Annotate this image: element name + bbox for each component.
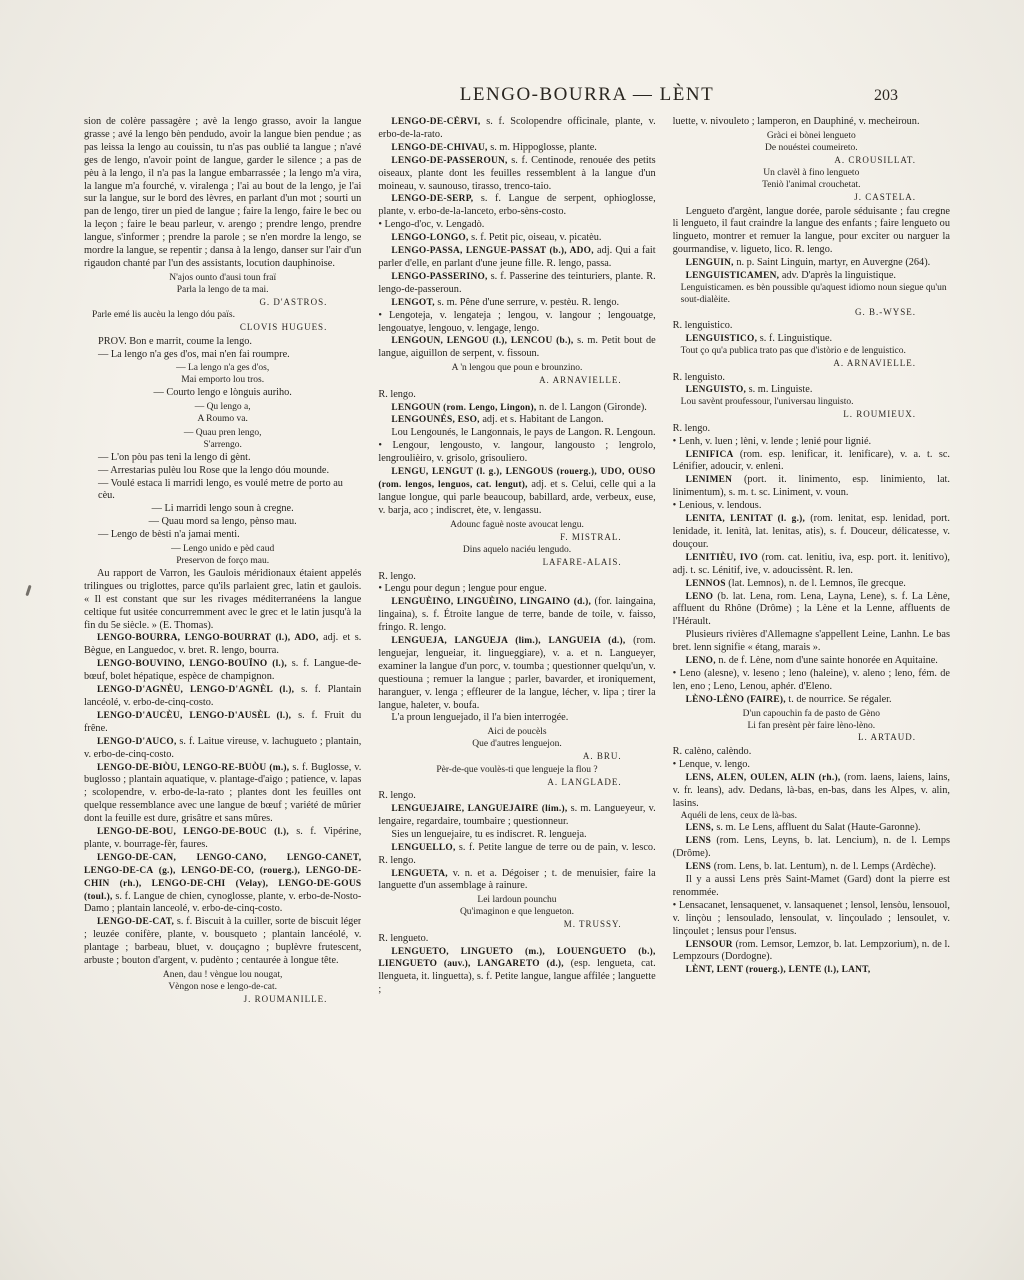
entry-headword: LENO (686, 592, 714, 602)
verse-line: Gràci ei bònei lengueto (673, 131, 950, 143)
entry-headword: LÈNT, LENT (rouerg.), LENTE (l.), LANT, (686, 965, 871, 975)
entry-body: s. f. Petit pic, oiseau, v. picatèu. (471, 232, 601, 243)
dictionary-entry: LENS (rom. Lens, Leyns, b. lat. Lencium)… (673, 835, 950, 861)
page-header: LENGO-BOURRA — LÈNT 203 (0, 0, 1024, 106)
dictionary-entry: LENGUISTICO, s. f. Linguistique. (673, 333, 950, 346)
proverb-line: — Lengo de bèsti n'a jamai menti. (84, 529, 361, 542)
dictionary-entry: LENGOUNÉS, ESO, adj. et s. Habitant de L… (378, 414, 655, 427)
verse-line: Li fan presènt pèr faire lèno-lèno. (673, 721, 950, 733)
verse-line: Que d'autres lenguejon. (378, 739, 655, 751)
entry-body: s. f. Langue de chien, cynoglosse, plant… (84, 891, 361, 915)
dictionary-entry: LENGUISTO, s. m. Linguiste. (673, 384, 950, 397)
cross-reference-note: • Lengour, lengousto, v. langour, langou… (378, 440, 655, 466)
entry-body: n. p. Saint Linguin, martyr, en Auvergne… (736, 257, 930, 268)
quote-attribution: A. CROUSILLAT. (673, 155, 950, 167)
entry-headword: LENGO-PASSERINO, (391, 272, 487, 282)
prose-quote: Lenguisticamen. es bèn poussible qu'aque… (673, 283, 950, 307)
dictionary-entry: LENGUETO, LINGUETO (m.), LOUENGUETO (b.)… (378, 946, 655, 998)
verse-line: Qu'imaginon e que lengueton. (378, 907, 655, 919)
entry-headword: LENITIÈU, IVO (686, 553, 758, 563)
entry-headword: LENGO-D'AUCO, (97, 737, 177, 747)
paragraph: R. lenguistico. (673, 320, 950, 333)
cross-reference-note: • Lensacanet, lensaquenet, v. lansaquene… (673, 900, 950, 939)
proverb-line: — Courto lengo e lònguis auriho. (84, 387, 361, 400)
entry-body: t. de nourrice. Se régaler. (788, 694, 891, 705)
paragraph: luette, v. nivouleto ; lamperon, en Daup… (673, 116, 950, 129)
quote-attribution: LAFARE-ALAIS. (378, 557, 655, 569)
paragraph: R. lengo. (378, 790, 655, 803)
page-number: 203 (874, 87, 1024, 105)
column-3: luette, v. nivouleto ; lamperon, en Daup… (673, 116, 950, 1244)
entry-body: (rom. Lens, Leyns, b. lat. Lencium), n. … (673, 835, 950, 859)
entry-headword: LENSOUR (686, 940, 733, 950)
dictionary-entry: LENGO-D'AUCÈU, LENGO-D'AUSÈL (l.), s. f.… (84, 710, 361, 736)
entry-headword: LENGUEJA, LANGUEJA (lim.), LANGUEIA (d.)… (391, 636, 625, 646)
entry-headword: LENGO-DE-SERP, (391, 194, 473, 204)
entry-body: n. de l. Langon (Gironde). (539, 402, 647, 413)
paragraph: R. lengo. (378, 389, 655, 402)
quote-attribution: A. ARNAVIELLE. (378, 375, 655, 387)
dictionary-entry: LENGO-BOURRA, LENGO-BOURRAT (l.), ADO, a… (84, 632, 361, 658)
verse-line: D'un capouchin fa de pasto de Gèno (673, 709, 950, 721)
proverb-line: — L'on pòu pas teni la lengo di gènt. (84, 452, 361, 465)
paragraph: R. lengo. (673, 423, 950, 436)
dictionary-entry: LENGUIN, n. p. Saint Linguin, martyr, en… (673, 257, 950, 270)
dictionary-entry: LENGUÈINO, LINGUÈINO, LINGAINO (d.), (fo… (378, 596, 655, 635)
paragraph: R. lengueto. (378, 933, 655, 946)
dictionary-page: LENGO-BOURRA — LÈNT 203 sion de colère p… (0, 0, 1024, 1280)
dictionary-entry: LENGUELLO, s. f. Petite langue de terre … (378, 842, 655, 868)
entry-headword: LENGOUNÉS, ESO, (391, 415, 479, 425)
cross-reference-note: • Lenious, v. lendous. (673, 500, 950, 513)
paragraph: Il y a aussi Lens près Saint-Mamet (Gard… (673, 874, 950, 900)
dictionary-entry: LENGO-DE-BIÒU, LENGO-RE-BUÒU (m.), s. f.… (84, 762, 361, 827)
verse-line: — Qu lengo a, (84, 402, 361, 414)
entry-headword: LENO, (686, 656, 716, 666)
quote-attribution: F. MISTRAL. (378, 532, 655, 544)
entry-headword: LENS, ALEN, OULEN, ALIN (rh.), (686, 773, 841, 783)
dictionary-entry: LENGO-DE-CHIVAU, s. m. Hippoglosse, plan… (378, 142, 655, 155)
quote-attribution: A. LANGLADE. (378, 777, 655, 789)
dictionary-entry: LENGOT, s. m. Pêne d'une serrure, v. pes… (378, 297, 655, 310)
entry-body: (rom. lenguejar, lengueiar, it. linguegg… (378, 635, 655, 711)
verse-line: Pèr-de-que voulès-ti que lengueje la flo… (378, 765, 655, 777)
dictionary-entry: LENGO-D'AGNÈU, LENGO-D'AGNÈL (l.), s. f.… (84, 684, 361, 710)
entry-headword: LENGO-D'AUCÈU, LENGO-D'AUSÈL (l.), (97, 711, 291, 721)
verse-quote: A 'n lengou que poun e brounzino. (378, 363, 655, 375)
quote-attribution: A. BRU. (378, 751, 655, 763)
dictionary-entry: LENGO-DE-CAT, s. f. Biscuit à la cuiller… (84, 916, 361, 968)
entry-headword: LENGO-DE-CAT, (97, 917, 174, 927)
entry-headword: LENGOT, (391, 298, 435, 308)
verse-quote: D'un capouchin fa de pasto de GènoLi fan… (673, 709, 950, 733)
cross-reference-note: • Lenque, v. lengo. (673, 759, 950, 772)
verse-line: Mai emporto lou tros. (84, 375, 361, 387)
verse-line: Parla la lengo de ta mai. (84, 285, 361, 297)
cross-reference-note: • Leno (alesne), v. leseno ; leno (halei… (673, 668, 950, 694)
dictionary-entry: LENGO-D'AUCO, s. f. Laitue vireuse, v. l… (84, 736, 361, 762)
entry-headword: LENGUETA, (391, 869, 448, 879)
paragraph: R. lenguisto. (673, 372, 950, 385)
dictionary-entry: LENGUEJAIRE, LANGUEJAIRE (lim.), s. m. L… (378, 803, 655, 829)
entry-body: s. m. Pêne d'une serrure, v. pestèu. R. … (437, 297, 619, 308)
dictionary-entry: LENGO-BOUVINO, LENGO-BOUÏNO (l.), s. f. … (84, 658, 361, 684)
verse-quote: Pèr-de-que voulès-ti que lengueje la flo… (378, 765, 655, 777)
verse-quote: Lei lardoun pounchuQu'imaginon e que len… (378, 895, 655, 919)
entry-headword: LENGOUN (rom. Lengo, Lingon), (391, 403, 536, 413)
verse-quote: — La lengo n'a ges d'os,Mai emporto lou … (84, 363, 361, 387)
proverb-line: — Quau mord sa lengo, pènso mau. (84, 516, 361, 529)
verse-line: Lei lardoun pounchu (378, 895, 655, 907)
entry-body: (lat. Lemnos), n. de l. Lemnos, île grec… (728, 578, 906, 589)
dictionary-entry: LENGO-PASSA, LENGUE-PASSAT (b.), ADO, ad… (378, 245, 655, 271)
dictionary-entry: LENGOUN (rom. Lengo, Lingon), n. de l. L… (378, 402, 655, 415)
entry-headword: LENGUELLO, (391, 843, 455, 853)
entry-body: s. m. Le Lens, affluent du Salat (Haute-… (716, 822, 920, 833)
verse-line: De nouéstei coumeireto. (673, 143, 950, 155)
dictionary-entry: LENITIÈU, IVO (rom. cat. lenitiu, iva, e… (673, 552, 950, 578)
entry-headword: LENGO-LONGO, (391, 233, 468, 243)
verse-quote: — Qu lengo a,A Roumo va. (84, 402, 361, 426)
entry-headword: LENGO-PASSA, LENGUE-PASSAT (b.), ADO, (391, 246, 593, 256)
dictionary-entry: LENGO-DE-CÈRVI, s. f. Scolopendre offici… (378, 116, 655, 142)
proverb-line: — Arrestarias pulèu lou Rose que la leng… (84, 465, 361, 478)
dictionary-entry: LENGUETA, v. n. et a. Dégoiser ; t. de m… (378, 868, 655, 894)
paragraph: sion de colère passagère ; avè la lengo … (84, 116, 361, 271)
cross-reference-note: • Lengu pour degun ; lengue pour engue. (378, 583, 655, 596)
running-title: LENGO-BOURRA — LÈNT (300, 84, 874, 106)
entry-body: s. f. Linguistique. (760, 333, 832, 344)
verse-quote: — Quau pren lengo,S'arrengo. (84, 428, 361, 452)
cross-reference-note: • Lenh, v. luen ; lèni, v. lende ; lenié… (673, 436, 950, 449)
entry-headword: LENNOS (686, 579, 726, 589)
quote-attribution: J. CASTELA. (673, 192, 950, 204)
dictionary-entry: LENS, s. m. Le Lens, affluent du Salat (… (673, 822, 950, 835)
verse-line: — Lengo unido e pèd caud (84, 544, 361, 556)
entry-headword: LENGO-DE-CHIVAU, (391, 143, 487, 153)
prose-quote: Parle emé lis aucèu la lengo dóu païs. (84, 310, 361, 322)
dictionary-entry: LENO, n. de f. Lène, nom d'une sainte ho… (673, 655, 950, 668)
cross-reference-note: • Lengo-d'oc, v. Lengadò. (378, 219, 655, 232)
quote-attribution: L. ROUMIEUX. (673, 409, 950, 421)
verse-line: A Roumo va. (84, 414, 361, 426)
dictionary-entry: LÈNT, LENT (rouerg.), LENTE (l.), LANT, (673, 964, 950, 977)
entry-headword: LENIFICA (686, 450, 734, 460)
verse-line: — La lengo n'a ges d'os, (84, 363, 361, 375)
proverb-line: — La lengo n'a ges d'os, mai n'en fai ro… (84, 349, 361, 362)
entry-body: s. m. Linguiste. (749, 384, 813, 395)
entry-headword: LENGO-DE-CÈRVI, (391, 117, 480, 127)
entry-body: s. m. Hippoglosse, plante. (490, 142, 597, 153)
proverb-line: — Voulé estaca li marridi lengo, es voul… (84, 478, 361, 504)
entry-body: adj. et s. Habitant de Langon. (482, 414, 603, 425)
paragraph: L'a proun lenguejado, il l'a bien interr… (378, 712, 655, 725)
verse-line: Dins aquelo naciéu lengudo. (378, 545, 655, 557)
entry-headword: LENITA, LENITAT (l. g.), (686, 514, 805, 524)
entry-headword: LENGO-DE-BOU, LENGO-DE-BOUC (l.), (97, 827, 289, 837)
paragraph: Plusieurs rivières d'Allemagne s'appelle… (673, 629, 950, 655)
cross-reference-note: • Lengoteja, v. lengateja ; lengou, v. l… (378, 310, 655, 336)
verse-quote: Un clavèl à fino lenguetoTeniò l'animal … (673, 168, 950, 192)
entry-body: (rom. Lens, b. lat. Lentum), n. de l. Le… (714, 861, 936, 872)
proverb-line: — Li marridi lengo soun à cregne. (84, 503, 361, 516)
verse-quote: Adounc faguè noste avoucat lengu. (378, 520, 655, 532)
verse-line: Un clavèl à fino lengueto (673, 168, 950, 180)
verse-line: — Quau pren lengo, (84, 428, 361, 440)
entry-headword: LENGUÈINO, LINGUÈINO, LINGAINO (d.), (391, 597, 591, 607)
verse-quote: N'ajos ounto d'ausi toun fraïParla la le… (84, 273, 361, 297)
verse-quote: Anen, dau ! vèngue lou nougat,Vèngon nos… (84, 970, 361, 994)
dictionary-entry: LENS, ALEN, OULEN, ALIN (rh.), (rom. lae… (673, 772, 950, 811)
verse-quote: Dins aquelo naciéu lengudo. (378, 545, 655, 557)
dictionary-entry: LENIFICA (rom. esp. lenificar, it. lenif… (673, 449, 950, 475)
prose-quote: Lou savènt proufessour, l'universau ling… (673, 397, 950, 409)
entry-headword: LENS (686, 836, 712, 846)
dictionary-entry: LENGOUN, LENGOU (l.), LENCOU (b.), s. m.… (378, 335, 655, 361)
entry-headword: LENGOUN, LENGOU (l.), LENCOU (b.), (391, 336, 573, 346)
verse-line: N'ajos ounto d'ausi toun fraï (84, 273, 361, 285)
dictionary-entry: LENGO-DE-BOU, LENGO-DE-BOUC (l.), s. f. … (84, 826, 361, 852)
paragraph: Sies un lenguejaire, tu es indiscret. R.… (378, 829, 655, 842)
verse-line: A 'n lengou que poun e brounzino. (378, 363, 655, 375)
dictionary-entry: LENNOS (lat. Lemnos), n. de l. Lemnos, î… (673, 578, 950, 591)
dictionary-entry: LENGUEJA, LANGUEJA (lim.), LANGUEIA (d.)… (378, 635, 655, 712)
entry-headword: LENGO-DE-BIÒU, LENGO-RE-BUÒU (m.), (97, 763, 289, 773)
dictionary-entry: LENGO-LONGO, s. f. Petit pic, oiseau, v.… (378, 232, 655, 245)
quote-attribution: G. D'ASTROS. (84, 297, 361, 309)
column-1: sion de colère passagère ; avè la lengo … (84, 116, 361, 1244)
quote-attribution: M. TRUSSY. (378, 919, 655, 931)
verse-quote: Aici de poucèlsQue d'autres lenguejon. (378, 727, 655, 751)
entry-body: n. de f. Lène, nom d'une sainte honorée … (718, 655, 937, 666)
paragraph: R. calèno, calèndo. (673, 746, 950, 759)
paragraph: R. lengo. (378, 571, 655, 584)
entry-headword: LENS (686, 862, 712, 872)
dictionary-entry: LENGO-DE-PASSEROUN, s. f. Centinode, ren… (378, 155, 655, 194)
entry-headword: LENGUISTO, (686, 385, 746, 395)
verse-quote: — Lengo unido e pèd caudPreservon de for… (84, 544, 361, 568)
entry-headword: LENGUEJAIRE, LANGUEJAIRE (lim.), (391, 804, 567, 814)
entry-headword: LÈNO-LÈNO (FAIRE), (686, 695, 786, 705)
quote-attribution: A. ARNAVIELLE. (673, 358, 950, 370)
entry-headword: LENGUISTICAMEN, (686, 271, 780, 281)
quote-attribution: G. B.-WYSE. (673, 307, 950, 319)
entry-headword: LENGO-BOURRA, LENGO-BOURRAT (l.), ADO, (97, 633, 319, 643)
text-columns: sion de colère passagère ; avè la lengo … (0, 106, 1024, 1244)
dictionary-entry: LENO (b. lat. Lena, rom. Lena, Layna, Le… (673, 591, 950, 630)
column-2: LENGO-DE-CÈRVI, s. f. Scolopendre offici… (378, 116, 655, 1244)
entry-headword: LENGO-DE-PASSEROUN, (391, 156, 507, 166)
entry-headword: LENIMEN (686, 475, 733, 485)
entry-body: (b. lat. Lena, rom. Lena, Layna, Lene), … (673, 591, 950, 628)
verse-line: Vèngon nose e lengo-de-cat. (84, 982, 361, 994)
verse-line: Teniò l'animal crouchetat. (673, 180, 950, 192)
dictionary-entry: LENSOUR (rom. Lemsor, Lemzor, b. lat. Le… (673, 939, 950, 965)
dictionary-entry: LENGO-DE-SERP, s. f. Langue de serpent, … (378, 193, 655, 219)
dictionary-entry: LENS (rom. Lens, b. lat. Lentum), n. de … (673, 861, 950, 874)
dictionary-entry: LENGO-PASSERINO, s. f. Passerine des tei… (378, 271, 655, 297)
verse-line: Aici de poucèls (378, 727, 655, 739)
prose-quote: Tout ço qu'a publica trato pas que d'ist… (673, 346, 950, 358)
quote-attribution: CLOVIS HUGUES. (84, 322, 361, 334)
verse-line: Preservon de forço mau. (84, 556, 361, 568)
entry-headword: LENGUIN, (686, 258, 734, 268)
verse-line: S'arrengo. (84, 440, 361, 452)
quote-attribution: J. ROUMANILLE. (84, 994, 361, 1006)
dictionary-entry: LENGO-DE-CAN, LENGO-CANO, LENGO-CANET, L… (84, 852, 361, 917)
entry-headword: LENGO-BOUVINO, LENGO-BOUÏNO (l.), (97, 659, 287, 669)
dictionary-entry: LÈNO-LÈNO (FAIRE), t. de nourrice. Se ré… (673, 694, 950, 707)
entry-headword: LENS, (686, 823, 714, 833)
paragraph: Lengueto d'argènt, langue dorée, parole … (673, 206, 950, 258)
entry-headword: LENGUISTICO, (686, 334, 758, 344)
dictionary-entry: LENGU, LENGUT (l. g.), LENGOUS (rouerg.)… (378, 466, 655, 518)
quote-attribution: L. ARTAUD. (673, 732, 950, 744)
verse-quote: Gràci ei bònei lenguetoDe nouéstei coume… (673, 131, 950, 155)
proverb-line: PROV. Bon e marrit, coume la lengo. (84, 336, 361, 349)
dictionary-entry: LENIMEN (port. it. linimento, esp. linim… (673, 474, 950, 500)
verse-line: Anen, dau ! vèngue lou nougat, (84, 970, 361, 982)
paragraph: Lou Lengounés, le Langonnais, le pays de… (378, 427, 655, 440)
dictionary-entry: LENGUISTICAMEN, adv. D'après la linguist… (673, 270, 950, 283)
prose-quote: Aquéli de lens, ceux de là-bas. (673, 811, 950, 823)
entry-headword: LENGO-D'AGNÈU, LENGO-D'AGNÈL (l.), (97, 685, 294, 695)
entry-body: adv. D'après la linguistique. (782, 270, 896, 281)
verse-line: Adounc faguè noste avoucat lengu. (378, 520, 655, 532)
dictionary-entry: LENITA, LENITAT (l. g.), (rom. lenitat, … (673, 513, 950, 552)
paragraph: Au rapport de Varron, les Gaulois méridi… (84, 568, 361, 633)
